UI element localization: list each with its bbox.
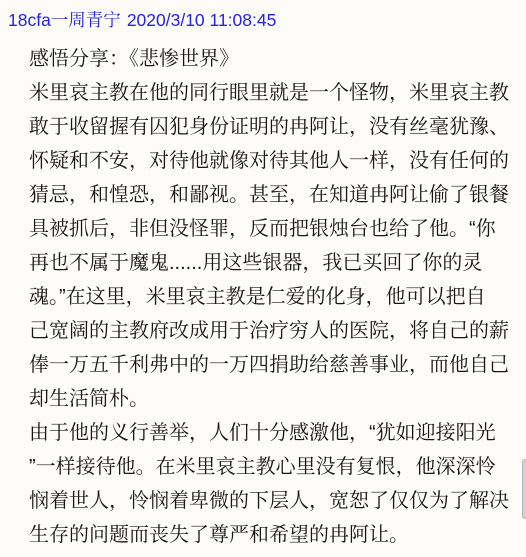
message-line: 再也不属于魔鬼......用这些银器，我已买回了你的灵 xyxy=(29,246,523,280)
message-line: 敢于收留握有囚犯身份证明的冉阿让，没有丝毫犹豫、 xyxy=(29,110,523,144)
message-timestamp: 2020/3/10 11:08:45 xyxy=(127,10,277,30)
message-line: 己宽阔的主教府改成用于治疗穷人的医院，将自己的薪 xyxy=(29,314,523,348)
scrollbar-thumb[interactable] xyxy=(522,459,526,519)
chat-message-pane: 18cfa一周青宁2020/3/10 11:08:45 感悟分享：《悲惨世界》 … xyxy=(0,0,526,557)
message-line: 悯着世人，怜悯着卑微的下层人，宽恕了仅仅为了解决 xyxy=(29,484,523,518)
message-line: 生存的问题而丧失了尊严和希望的冉阿让。 xyxy=(29,518,523,552)
message-line: 感悟分享：《悲惨世界》 xyxy=(29,42,523,76)
message-line: 怀疑和不安，对待他就像对待其他人一样，没有任何的 xyxy=(29,144,523,178)
message-line: 米里哀主教在他的同行眼里就是一个怪物，米里哀主教 xyxy=(29,76,523,110)
message-line: 具被抓后，非但没怪罪，反而把银烛台也给了他。“你 xyxy=(29,212,523,246)
sender-name: 18cfa一周青宁 xyxy=(8,10,121,30)
message-line: 魂。”在这里，米里哀主教是仁爱的化身，他可以把自 xyxy=(29,280,523,314)
message-line: 却生活简朴。 xyxy=(29,382,523,416)
message-line: 猜忌，和惶恐，和鄙视。甚至，在知道冉阿让偷了银餐 xyxy=(29,178,523,212)
message-line: ”一样接待他。在米里哀主教心里没有复恨，他深深怜 xyxy=(29,450,523,484)
message-body: 感悟分享：《悲惨世界》 米里哀主教在他的同行眼里就是一个怪物，米里哀主教 敢于收… xyxy=(29,42,523,552)
message-header: 18cfa一周青宁2020/3/10 11:08:45 xyxy=(8,9,276,31)
message-line: 俸一万五千利弗中的一万四捐助给慈善事业，而他自己 xyxy=(29,348,523,382)
message-line: 由于他的义行善举，人们十分感激他，“犹如迎接阳光 xyxy=(29,416,523,450)
